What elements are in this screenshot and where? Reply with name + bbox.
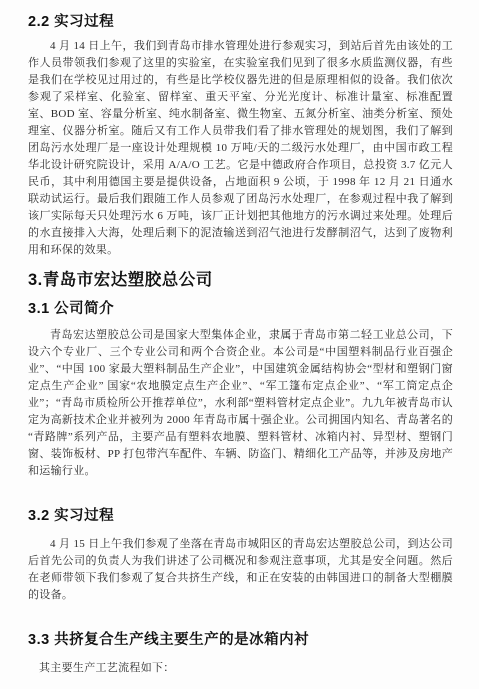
paragraph-sewage-plant-visit: 4 月 14 日上午，我们到青岛市排水管理处进行参观实习，到站后首先由该处的工作… — [28, 38, 453, 259]
paragraph-hongda-visit: 4 月 15 日上午我们参观了坐落在青岛市城阳区的青岛宏达塑胶总公司，到达公司后… — [28, 536, 453, 604]
document-page: 2.2 实习过程 4 月 14 日上午，我们到青岛市排水管理处进行参观实习，到站… — [0, 0, 479, 689]
paragraph-company-introduction: 青岛宏达塑胶总公司是国家大型集体企业，隶属于青岛市第二轻工业总公司，下设六个专业… — [28, 327, 453, 480]
paragraph-process-flow-intro: 其主要生产工艺流程如下： — [28, 660, 453, 677]
section-heading-3-1-company-intro: 3.1 公司简介 — [28, 299, 453, 319]
section-heading-2-2-internship-process: 2.2 实习过程 — [28, 12, 453, 32]
section-heading-3-3-coextrusion-line: 3.3 共挤复合生产线主要生产的是冰箱内衬 — [28, 630, 453, 650]
chapter-heading-3-hongda-company: 3.青岛市宏达塑胶总公司 — [28, 269, 453, 291]
section-heading-3-2-internship-process: 3.2 实习过程 — [28, 506, 453, 526]
